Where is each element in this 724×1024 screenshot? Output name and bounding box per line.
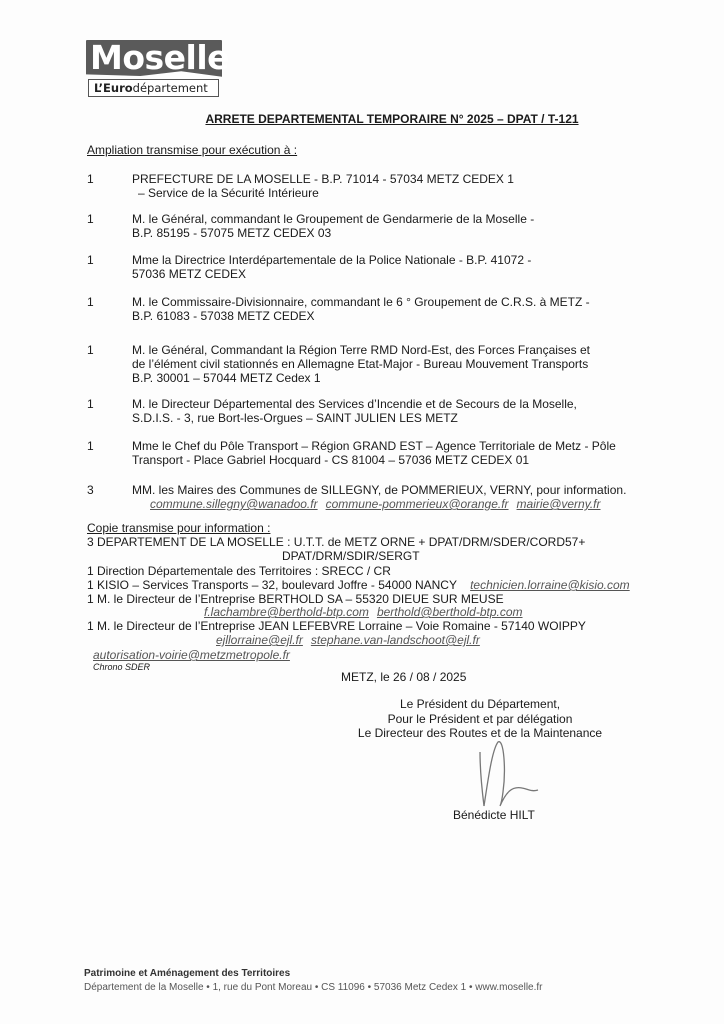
recipient-line: B.P. 61083 - 57038 METZ CEDEX bbox=[132, 309, 652, 323]
recipient-qty: 1 bbox=[87, 295, 107, 309]
logo-tagline: L’Eurodépartement bbox=[88, 79, 219, 97]
recipient-qty: 1 bbox=[87, 397, 107, 411]
moselle-logo: Moselle L’Eurodépartement bbox=[86, 40, 222, 98]
signature-block: Le Président du Département, Pour le Pré… bbox=[330, 697, 630, 741]
signature-title-line: Le Président du Département, bbox=[330, 697, 630, 712]
email-link[interactable]: commune-pommerieux@orange.fr bbox=[326, 497, 509, 511]
recipient-line: MM. les Maires des Communes de SILLEGNY,… bbox=[132, 483, 652, 497]
chrono-reference: Chrono SDER bbox=[93, 662, 150, 672]
email-link[interactable]: technicien.lorraine@kisio.com bbox=[470, 578, 630, 592]
logo-tagline-rest: département bbox=[133, 81, 208, 95]
email-link[interactable]: autorisation-voirie@metzmetropole.fr bbox=[93, 648, 290, 662]
logo-wordmark: Moselle bbox=[90, 38, 229, 77]
recipient-line: de l’élément civil stationnés en Allemag… bbox=[132, 357, 652, 371]
recipient-line: B.P. 85195 - 57075 METZ CEDEX 03 bbox=[132, 226, 652, 240]
copy-line: 1 M. le Directeur de l’Entreprise BERTHO… bbox=[87, 592, 504, 606]
recipient-qty: 1 bbox=[87, 343, 107, 357]
recipient-line: M. le Directeur Départemental des Servic… bbox=[132, 397, 652, 411]
handwritten-signature bbox=[470, 740, 560, 810]
copy-line: 1 Direction Départementale des Territoir… bbox=[87, 564, 391, 578]
ampliation-heading: Ampliation transmise pour exécution à : bbox=[87, 143, 297, 157]
recipient-qty: 1 bbox=[87, 439, 107, 453]
recipient-qty: 3 bbox=[87, 483, 107, 497]
document-title: ARRETE DEPARTEMENTAL TEMPORAIRE N° 2025 … bbox=[0, 112, 724, 126]
document-date: METZ, le 26 / 08 / 2025 bbox=[341, 670, 466, 684]
email-row: f.lachambre@berthold-btp.comberthold@ber… bbox=[204, 605, 531, 619]
email-row: autorisation-voirie@metzmetropole.fr bbox=[93, 648, 298, 662]
copy-line: 3 DEPARTEMENT DE LA MOSELLE : U.T.T. de … bbox=[87, 535, 585, 549]
copy-line: 1 KISIO – Services Transports – 32, boul… bbox=[87, 578, 638, 592]
signer-name: Bénédicte HILT bbox=[453, 808, 535, 822]
recipient-line: PREFECTURE DE LA MOSELLE - B.P. 71014 - … bbox=[132, 172, 652, 186]
recipient-line: B.P. 30001 – 57044 METZ Cedex 1 bbox=[132, 371, 652, 385]
copy-line-text: 1 KISIO – Services Transports – 32, boul… bbox=[87, 578, 457, 592]
recipient-line: S.D.I.S. - 3, rue Bort-les-Orgues – SAIN… bbox=[132, 411, 652, 425]
email-row: ejllorraine@ejl.frstephane.van-landschoo… bbox=[216, 633, 488, 647]
recipient-line: Mme la Directrice Interdépartementale de… bbox=[132, 253, 652, 267]
email-link[interactable]: mairie@verny.fr bbox=[517, 497, 601, 511]
recipient-line: Mme le Chef du Pôle Transport – Région G… bbox=[132, 439, 652, 453]
recipient-line: M. le Commissaire-Divisionnaire, command… bbox=[132, 295, 652, 309]
recipient-qty: 1 bbox=[87, 172, 107, 186]
recipient-line: – Service de la Sécurité Intérieure bbox=[132, 186, 652, 200]
recipient-line: M. le Général, Commandant la Région Terr… bbox=[132, 343, 652, 357]
signature-title-line: Pour le Président et par délégation bbox=[330, 712, 630, 727]
copy-line: DPAT/DRM/SDIR/SERGT bbox=[282, 549, 420, 563]
recipient-qty: 1 bbox=[87, 212, 107, 226]
copie-heading: Copie transmise pour information : bbox=[87, 521, 270, 535]
signature-title-line: Le Directeur des Routes et de la Mainten… bbox=[330, 726, 630, 741]
email-link[interactable]: stephane.van-landschoot@ejl.fr bbox=[311, 633, 480, 647]
logo-tagline-bold: L’Euro bbox=[94, 81, 133, 95]
email-link[interactable]: ejllorraine@ejl.fr bbox=[216, 633, 303, 647]
footer-department: Patrimoine et Aménagement des Territoire… bbox=[84, 968, 290, 979]
email-link[interactable]: f.lachambre@berthold-btp.com bbox=[204, 605, 369, 619]
copy-line: 1 M. le Directeur de l’Entreprise JEAN L… bbox=[87, 619, 586, 633]
footer-address: Département de la Moselle • 1, rue du Po… bbox=[84, 982, 543, 993]
recipient-qty: 1 bbox=[87, 253, 107, 267]
recipient-line: Transport - Place Gabriel Hocquard - CS … bbox=[132, 453, 652, 467]
email-link[interactable]: commune.sillegny@wanadoo.fr bbox=[150, 497, 318, 511]
recipient-line: 57036 METZ CEDEX bbox=[132, 267, 652, 281]
recipient-line: M. le Général, commandant le Groupement … bbox=[132, 212, 652, 226]
email-link[interactable]: berthold@berthold-btp.com bbox=[377, 605, 523, 619]
